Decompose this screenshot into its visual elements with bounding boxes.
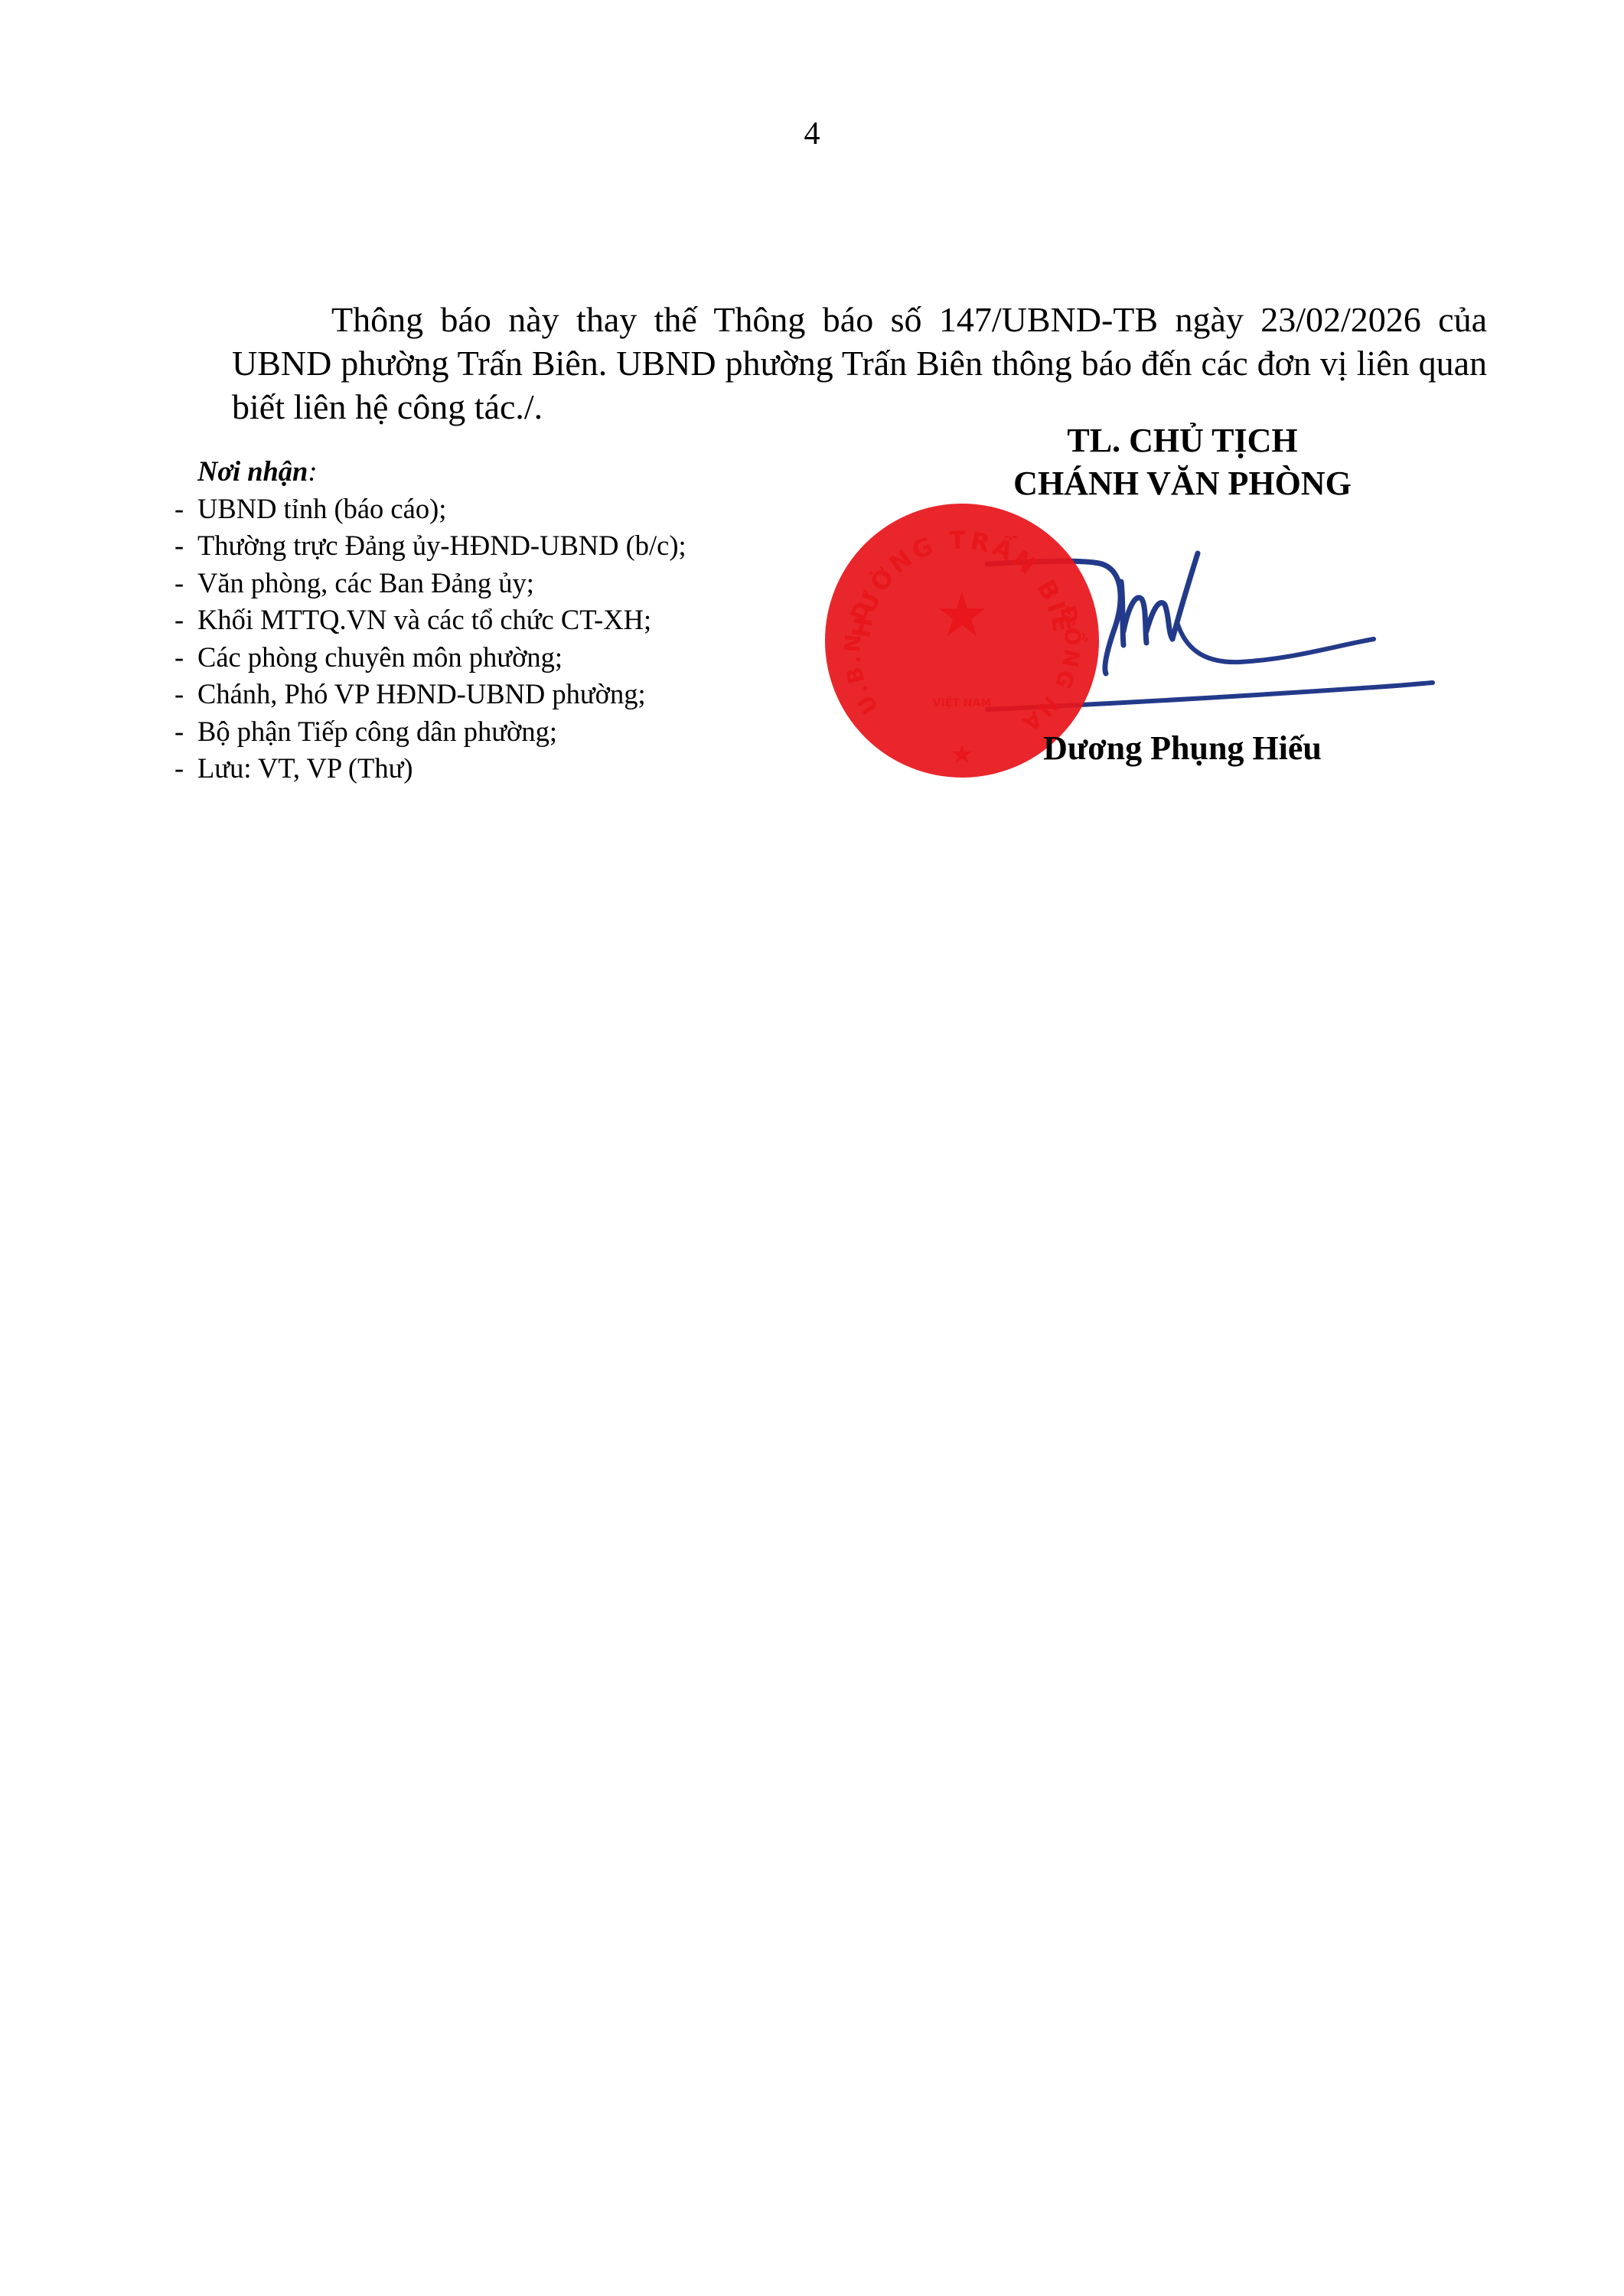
recipients-list: -UBND tỉnh (báo cáo); -Thường trực Đảng … <box>174 491 802 788</box>
signer-title-line1: TL. CHỦ TỊCH <box>953 419 1412 462</box>
bullet: - <box>174 565 197 602</box>
list-item: -Lưu: VT, VP (Thư) <box>174 750 802 788</box>
list-item: -Chánh, Phó VP HĐND-UBND phường; <box>174 676 802 713</box>
bullet: - <box>174 713 197 751</box>
list-item: -Các phòng chuyên môn phường; <box>174 639 802 677</box>
recipient-text: Khối MTTQ.VN và các tổ chức CT-XH; <box>197 604 651 635</box>
recipient-text: Chánh, Phó VP HĐND-UBND phường; <box>197 678 646 709</box>
list-item: -Bộ phận Tiếp công dân phường; <box>174 713 802 751</box>
closing-paragraph: Thông báo này thay thế Thông báo số 147/… <box>232 298 1487 429</box>
bullet: - <box>174 602 197 639</box>
recipients-block: Nơi nhận: -UBND tỉnh (báo cáo); -Thường … <box>174 453 802 788</box>
page-number: 4 <box>0 115 1624 153</box>
recipient-text: Các phòng chuyên môn phường; <box>197 641 563 673</box>
recipient-text: UBND tỉnh (báo cáo); <box>197 493 446 524</box>
bullet: - <box>174 676 197 713</box>
signer-title: TL. CHỦ TỊCH CHÁNH VĂN PHÒNG <box>953 419 1412 505</box>
recipient-text: Bộ phận Tiếp công dân phường; <box>197 716 557 747</box>
recipient-text: Văn phòng, các Ban Đảng ủy; <box>197 567 534 598</box>
list-item: -Thường trực Đảng ủy-HĐND-UBND (b/c); <box>174 527 802 565</box>
list-item: -UBND tỉnh (báo cáo); <box>174 491 802 528</box>
bullet: - <box>174 527 197 565</box>
recipients-heading-label: Nơi nhận <box>197 455 308 487</box>
list-item: -Khối MTTQ.VN và các tổ chức CT-XH; <box>174 602 802 639</box>
signer-title-line2: CHÁNH VĂN PHÒNG <box>953 462 1412 505</box>
list-item: -Văn phòng, các Ban Đảng ủy; <box>174 565 802 602</box>
bullet: - <box>174 750 197 788</box>
recipients-heading: Nơi nhận: <box>174 453 802 491</box>
bullet: - <box>174 491 197 528</box>
signer-name: Dương Phụng Hiếu <box>953 727 1412 770</box>
recipients-heading-colon: : <box>308 455 317 487</box>
recipient-text: Lưu: VT, VP (Thư) <box>197 752 413 784</box>
recipient-text: Thường trực Đảng ủy-HĐND-UBND (b/c); <box>197 530 686 561</box>
svg-text:VIỆT NAM: VIỆT NAM <box>933 696 992 709</box>
bullet: - <box>174 639 197 677</box>
